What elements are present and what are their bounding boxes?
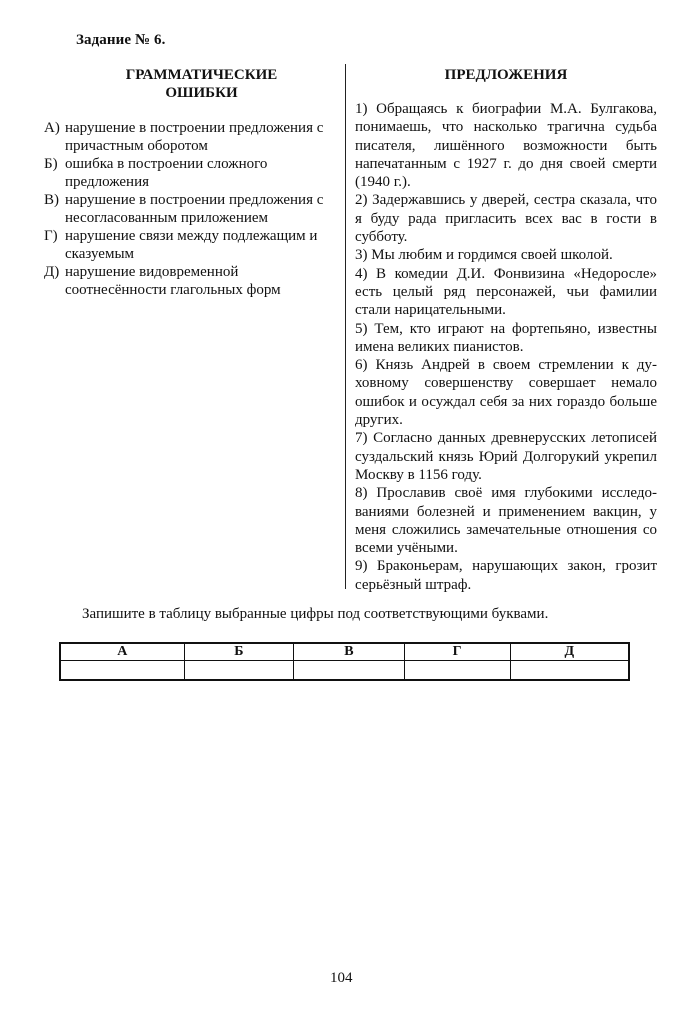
sentences-list: 1) Обращаясь к биографии М.А. Булгакова,… <box>355 100 657 594</box>
sentence-7: 7) Согласно данных древнерусских летопи­… <box>355 429 657 484</box>
sentence-2: 2) Задержавшись у дверей, сестра сказала… <box>355 191 657 246</box>
column-divider <box>345 64 346 589</box>
answer-header-v: В <box>294 643 404 661</box>
error-letter: А) <box>44 119 65 155</box>
error-letter: Д) <box>44 263 65 299</box>
errors-heading-line1: ГРАММАТИЧЕСКИЕ <box>126 67 278 83</box>
error-text: нарушение в построении предложения с при… <box>65 119 339 155</box>
sentences-heading: ПРЕДЛОЖЕНИЯ <box>355 66 657 84</box>
errors-heading-line2: ОШИБКИ <box>165 85 237 101</box>
answer-header-d: Д <box>510 643 629 661</box>
answer-cell-a[interactable] <box>60 661 184 681</box>
error-text: ошибка в построении сложного предложения <box>65 155 339 191</box>
sentence-1: 1) Обращаясь к биографии М.А. Булгакова,… <box>355 100 657 191</box>
sentence-text: 4) В комедии Д.И. Фонвизина «Недоросле» … <box>355 265 657 320</box>
sentence-4: 4) В комедии Д.И. Фонвизина «Недоросле» … <box>355 265 657 320</box>
error-letter: В) <box>44 191 65 227</box>
error-text: нарушение видовременной соотнесённости г… <box>65 263 339 299</box>
error-item-v: В) нарушение в построении предложения с … <box>44 191 339 227</box>
task-title: Задание № 6. <box>76 32 165 49</box>
error-text: нарушение в построении предложения с нес… <box>65 191 339 227</box>
page-number: 104 <box>330 970 353 987</box>
answer-table: А Б В Г Д <box>59 642 630 681</box>
sentence-text: 9) Браконьерам, нарушающих закон, грозит… <box>355 557 657 594</box>
answer-header-g: Г <box>404 643 510 661</box>
answer-cell-v[interactable] <box>294 661 404 681</box>
errors-heading: ГРАММАТИЧЕСКИЕ ОШИБКИ <box>44 66 339 102</box>
error-item-b: Б) ошибка в построении сложного предложе… <box>44 155 339 191</box>
sentence-text: 5) Тем, кто играют на фортепьяно, извест… <box>355 320 657 357</box>
sentence-9: 9) Браконьерам, нарушающих закон, грозит… <box>355 557 657 594</box>
error-letter: Б) <box>44 155 65 191</box>
sentence-5: 5) Тем, кто играют на фортепьяно, извест… <box>355 320 657 357</box>
instruction-text: Запишите в таблицу выбранные цифры под с… <box>82 606 548 623</box>
sentence-6: 6) Князь Андрей в своем стремлении к ду­… <box>355 356 657 429</box>
answer-table-header-row: А Б В Г Д <box>60 643 629 661</box>
sentence-text: 2) Задержавшись у дверей, сестра сказала… <box>355 191 657 246</box>
sentence-text: 7) Согласно данных древнерусских летопи­… <box>355 429 657 484</box>
sentence-text: 8) Прославив своё имя глубокими исследо­… <box>355 484 657 557</box>
sentence-text: 1) Обращаясь к биографии М.А. Булгакова,… <box>355 100 657 191</box>
error-letter: Г) <box>44 227 65 263</box>
sentence-3: 3) Мы любим и гордимся своей школой. <box>355 246 657 264</box>
error-item-g: Г) нарушение связи между подлежащим и ск… <box>44 227 339 263</box>
errors-list: А) нарушение в построении предложения с … <box>44 119 339 299</box>
answer-header-b: Б <box>184 643 294 661</box>
answer-cell-g[interactable] <box>404 661 510 681</box>
sentence-8: 8) Прославив своё имя глубокими исследо­… <box>355 484 657 557</box>
answer-header-a: А <box>60 643 184 661</box>
errors-column: ГРАММАТИЧЕСКИЕ ОШИБКИ А) нарушение в пос… <box>44 66 339 299</box>
sentence-text: 3) Мы любим и гордимся своей школой. <box>355 246 657 264</box>
error-item-d: Д) нарушение видовременной соотнесённост… <box>44 263 339 299</box>
sentence-text: 6) Князь Андрей в своем стремлении к ду­… <box>355 356 657 429</box>
error-item-a: А) нарушение в построении предложения с … <box>44 119 339 155</box>
answer-cell-b[interactable] <box>184 661 294 681</box>
sentences-column: ПРЕДЛОЖЕНИЯ 1) Обращаясь к биографии М.А… <box>355 66 657 594</box>
error-text: нарушение связи между подлежащим и сказу… <box>65 227 339 263</box>
answer-table-value-row <box>60 661 629 681</box>
answer-cell-d[interactable] <box>510 661 629 681</box>
